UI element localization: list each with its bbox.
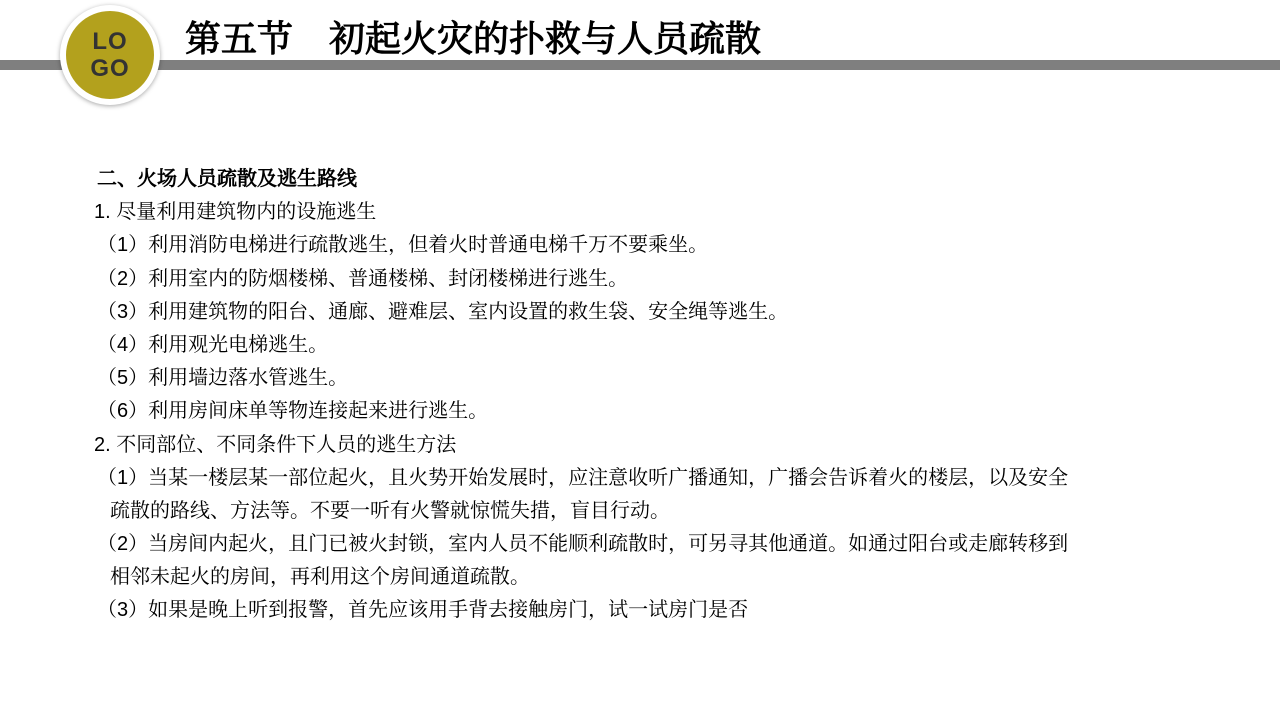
body-line-item: （2）利用室内的防烟楼梯、普通楼梯、封闭楼梯进行逃生。 [94,263,1234,296]
body-line-numbered-1: 1. 尽量利用建筑物内的设施逃生 [94,196,1234,229]
body-line-section-heading: 二、火场人员疏散及逃生路线 [94,163,1234,196]
body-line-item: （3）利用建筑物的阳台、通廊、避难层、室内设置的救生袋、安全绳等逃生。 [94,296,1234,329]
body-text-block: 二、火场人员疏散及逃生路线 1. 尽量利用建筑物内的设施逃生 （1）利用消防电梯… [94,163,1234,628]
logo-badge: LO GO [60,5,160,105]
logo-text-line2: GO [90,55,129,82]
body-line-item: （5）利用墙边落水管逃生。 [94,362,1234,395]
slide: LO GO 第五节 初起火灾的扑救与人员疏散 二、火场人员疏散及逃生路线 1. … [0,0,1280,720]
body-line-item: （4）利用观光电梯逃生。 [94,329,1234,362]
body-line-numbered-2: 2. 不同部位、不同条件下人员的逃生方法 [94,429,1234,462]
header-divider-bar [0,60,1280,70]
body-line-item: （2）当房间内起火，且门已被火封锁，室内人员不能顺利疏散时，可另寻其他通道。如通… [94,528,1234,561]
slide-title: 第五节 初起火灾的扑救与人员疏散 [185,18,761,60]
body-line-continuation: 相邻未起火的房间，再利用这个房间通道疏散。 [94,561,1234,594]
body-line-continuation: 疏散的路线、方法等。不要一听有火警就惊慌失措，盲目行动。 [94,495,1234,528]
body-line-item: （6）利用房间床单等物连接起来进行逃生。 [94,395,1234,428]
logo-text-line1: LO [92,28,127,55]
body-line-item: （1）利用消防电梯进行疏散逃生，但着火时普通电梯千万不要乘坐。 [94,229,1234,262]
body-line-item: （3）如果是晚上听到报警，首先应该用手背去接触房门，试一试房门是否 [94,594,1234,627]
body-line-item: （1）当某一楼层某一部位起火，且火势开始发展时，应注意收听广播通知，广播会告诉着… [94,462,1234,495]
